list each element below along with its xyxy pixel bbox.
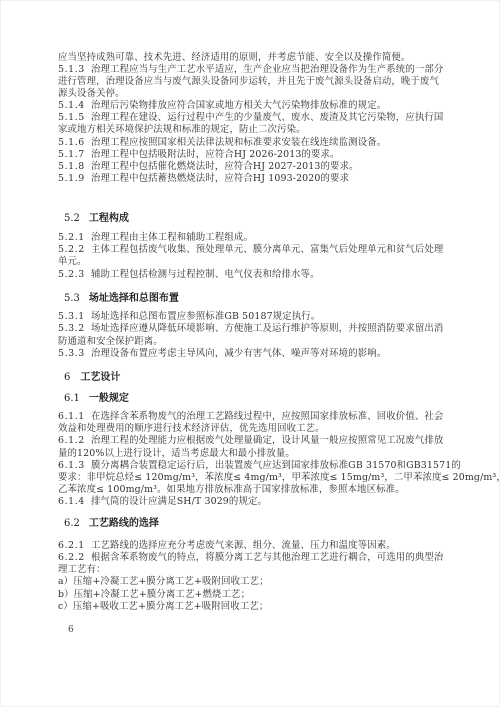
section-number: 6 [64,371,70,384]
clause-text: 治理工程的处理能力应根据废气处理量确定，设计风量一般应按照常见工况废气排放 [91,435,439,447]
clause-text: 防通道和安全保护距离。 [58,336,163,347]
clause-text: 源头设备关停。 [58,88,125,99]
section-title: 场址选择和总图布置 [89,293,179,304]
clause-number: 5.1.4 [58,100,91,112]
section-number: 5.2 [64,212,80,225]
paragraph-line: 进行管理，治理设备应当与废气源头设备同步运转，并且先于废气源头设备启动，晚于废气 [58,76,439,88]
clause-number: 5.1.9 [58,173,91,185]
clause-number: 6.1.3 [58,460,91,472]
paragraph-line: 5.3.3治理设备布置应考虑主导风向，减少有害气体、噪声等对环境的影响。 [58,348,439,360]
clause-text: 单元。 [58,256,87,267]
section-number: 6.1 [64,392,80,405]
paragraph-line: 单元。 [58,256,439,268]
paragraph-line: b）压缩+冷凝工艺+膜分离工艺+燃烧工艺； [58,589,439,601]
clause-number: 6.1.1 [58,411,91,423]
paragraph-line: c）压缩+吸收工艺+膜分离工艺+吸附回收工艺； [58,601,439,613]
clause-text: 乙苯浓度≤ 100mg/m³。如果地方排放标准高于国家排放标准，参照本地区标准。 [58,484,405,495]
section-heading: 6工艺设计 [64,371,120,384]
clause-text: 治理工程在建设、运行过程中产生的少量废气、废水、废渣及其它污染物，应执行国 [91,112,439,124]
clause-number: 5.1.5 [58,112,91,124]
paragraph-line: 6.2.2根据含苯系物废气的特点，将膜分离工艺与其他治理工艺进行耦合，可选用的典… [58,552,439,564]
paragraph-line: 5.1.6治理工程应按照国家相关法律法规和标准要求安装在线连续监测设备。 [58,137,439,149]
paragraph-line: 6.1.3膜分离耦合装置稳定运行后，出装置废气应达到国家排放标准GB 31570… [58,460,439,472]
paragraph-line: 理工艺有： [58,564,439,576]
clause-number: 6.2.1 [58,540,91,552]
paragraph-line: 防通道和安全保护距离。 [58,336,439,348]
clause-text: 工艺路线的选择应充分考虑废气来源、组分、流量、压力和温度等因素。 [91,540,396,551]
section-title: 工艺设计 [80,372,120,383]
clause-text: 治理工程应按照国家相关法律法规和标准要求安装在线连续监测设备。 [91,137,386,148]
clause-number: 5.2.1 [58,232,91,244]
paragraph-line: 5.1.5治理工程在建设、运行过程中产生的少量废气、废水、废渣及其它污染物，应执… [58,112,439,124]
clause-text: 治理工程应当与生产工艺水平适应，生产企业应当把治理设备作为生产系统的一部分 [91,64,439,76]
paragraph-line: 5.1.4治理后污染物排放应符合国家或地方相关大气污染物排放标准的规定。 [58,100,439,112]
section-title: 工程构成 [89,213,129,224]
paragraph-line: 量的120%以上进行设计，适当考虑最大和最小排放量。 [58,448,439,460]
clause-text: 主体工程包括废气收集、预处理单元、膜分离单元、富集气后处理单元和贫气后处理 [91,244,439,256]
paragraph-line: 5.1.8治理工程中包括催化燃烧法时，应符合HJ 2027-2013的要求。 [58,161,439,173]
clause-number: 5.3.2 [58,323,91,335]
page-number: 6 [68,625,74,635]
clause-text: 辅助工程包括检测与过程控制、电气仪表和给排水等。 [91,269,320,280]
clause-text: 治理工程中包括吸附法时，应符合HJ 2026-2013的要求。 [91,149,340,160]
paragraph-line: 源头设备关停。 [58,88,439,100]
paragraph-line: 6.1.2治理工程的处理能力应根据废气处理量确定，设计风量一般应按照常见工况废气… [58,435,439,447]
clause-number: 5.1.3 [58,64,91,76]
paragraph-line: 5.1.3治理工程应当与生产工艺水平适应，生产企业应当把治理设备作为生产系统的一… [58,64,439,76]
clause-text: 在选择含苯系物废气的治理工艺路线过程中，应按照国家排放标准、回收价值、社会 [91,411,439,423]
section-title: 一般规定 [89,393,129,404]
section-number: 5.3 [64,292,80,305]
paragraph-line: a）压缩+冷凝工艺+膜分离工艺+吸附回收工艺； [58,576,439,588]
clause-text: 治理工程由主体工程和辅助工程组成。 [91,232,253,243]
section-heading: 6.1一般规定 [64,392,129,405]
section-heading: 5.3场址选择和总图布置 [64,292,179,305]
clause-text: 治理工程中包括催化燃烧法时，应符合HJ 2027-2013的要求。 [91,161,359,172]
paragraph-line: 5.2.2主体工程包括废气收集、预处理单元、膜分离单元、富集气后处理单元和贫气后… [58,244,439,256]
paragraph-line: 效益和处理费用的顺序进行技术经济评估，优先选用回收工艺。 [58,423,439,435]
paragraph-line: 6.1.1在选择含苯系物废气的治理工艺路线过程中，应按照国家排放标准、回收价值、… [58,411,439,423]
clause-text: 治理工程中包括蓄热燃烧法时，应符合HJ 1093-2020的要求 [91,173,349,184]
clause-number: 6.1.4 [58,496,91,508]
clause-text: a）压缩+冷凝工艺+膜分离工艺+吸附回收工艺； [58,576,269,587]
clause-number: 5.3.1 [58,311,91,323]
section-heading: 5.2工程构成 [64,212,129,225]
paragraph-line: 5.2.3辅助工程包括检测与过程控制、电气仪表和给排水等。 [58,269,439,281]
clause-text: 量的120%以上进行设计，适当考虑最大和最小排放量。 [58,448,295,459]
document-page: 应当坚持成熟可靠、技术先进、经济适用的原则，并考虑节能、安全以及操作简便。5.1… [0,0,500,707]
clause-text: 要求：非甲烷总烃≤ 120mg/m³，苯浓度≤ 4mg/m³，甲苯浓度≤ 15m… [58,472,500,483]
clause-text: 治理后污染物排放应符合国家或地方相关大气污染物排放标准的规定。 [91,100,386,111]
clause-text: 排气筒的设计应满足SH/T 3029的规定。 [91,496,267,507]
clause-text: 进行管理，治理设备应当与废气源头设备同步运转，并且先于废气源头设备启动，晚于废气 [58,76,439,87]
paragraph-line: 5.1.9治理工程中包括蓄热燃烧法时，应符合HJ 1093-2020的要求 [58,173,439,185]
section-heading: 6.2工艺路线的选择 [64,517,159,530]
clause-text: 家或地方相关环境保护法规和标准的规定，防止二次污染。 [58,124,306,135]
paragraph-line: 5.3.2场址选择应遵从降低环境影响、方便施工及运行维护等原则，并按照消防要求留… [58,323,439,335]
clause-text: c）压缩+吸收工艺+膜分离工艺+吸附回收工艺； [58,601,268,612]
clause-text: 治理设备布置应考虑主导风向，减少有害气体、噪声等对环境的影响。 [91,348,386,359]
paragraph-line: 5.2.1治理工程由主体工程和辅助工程组成。 [58,232,439,244]
section-number: 6.2 [64,517,80,530]
clause-text: 效益和处理费用的顺序进行技术经济评估，优先选用回收工艺。 [58,423,325,434]
clause-text: 应当坚持成熟可靠、技术先进、经济适用的原则，并考虑节能、安全以及操作简便。 [58,52,410,63]
paragraph-line: 6.1.4排气筒的设计应满足SH/T 3029的规定。 [58,496,439,508]
clause-text: 理工艺有： [58,564,106,575]
clause-number: 6.1.2 [58,435,91,447]
section-title: 工艺路线的选择 [89,518,159,529]
clause-number: 5.1.7 [58,149,91,161]
clause-text: 膜分离耦合装置稳定运行后，出装置废气应达到国家排放标准GB 31570和GB31… [91,460,439,472]
clause-number: 6.2.2 [58,552,91,564]
paragraph-line: 要求：非甲烷总烃≤ 120mg/m³，苯浓度≤ 4mg/m³，甲苯浓度≤ 15m… [58,472,439,484]
clause-text: 根据含苯系物废气的特点，将膜分离工艺与其他治理工艺进行耦合，可选用的典型治 [91,552,439,564]
paragraph-line: 应当坚持成熟可靠、技术先进、经济适用的原则，并考虑节能、安全以及操作简便。 [58,52,439,64]
paragraph-line: 5.3.1场址选择和总图布置应参照标准GB 50187规定执行。 [58,311,439,323]
paragraph-line: 乙苯浓度≤ 100mg/m³。如果地方排放标准高于国家排放标准，参照本地区标准。 [58,484,439,496]
clause-text: 场址选择和总图布置应参照标准GB 50187规定执行。 [91,311,320,322]
paragraph-line: 家或地方相关环境保护法规和标准的规定，防止二次污染。 [58,124,439,136]
clause-number: 5.2.3 [58,269,91,281]
paragraph-line: 5.1.7治理工程中包括吸附法时，应符合HJ 2026-2013的要求。 [58,149,439,161]
clause-text: 场址选择应遵从降低环境影响、方便施工及运行维护等原则，并按照消防要求留出消 [91,323,439,335]
paragraph-line: 6.2.1工艺路线的选择应充分考虑废气来源、组分、流量、压力和温度等因素。 [58,540,439,552]
clause-number: 5.3.3 [58,348,91,360]
clause-number: 5.2.2 [58,244,91,256]
clause-number: 5.1.8 [58,161,91,173]
clause-text: b）压缩+冷凝工艺+膜分离工艺+燃烧工艺； [58,589,250,600]
clause-number: 5.1.6 [58,137,91,149]
